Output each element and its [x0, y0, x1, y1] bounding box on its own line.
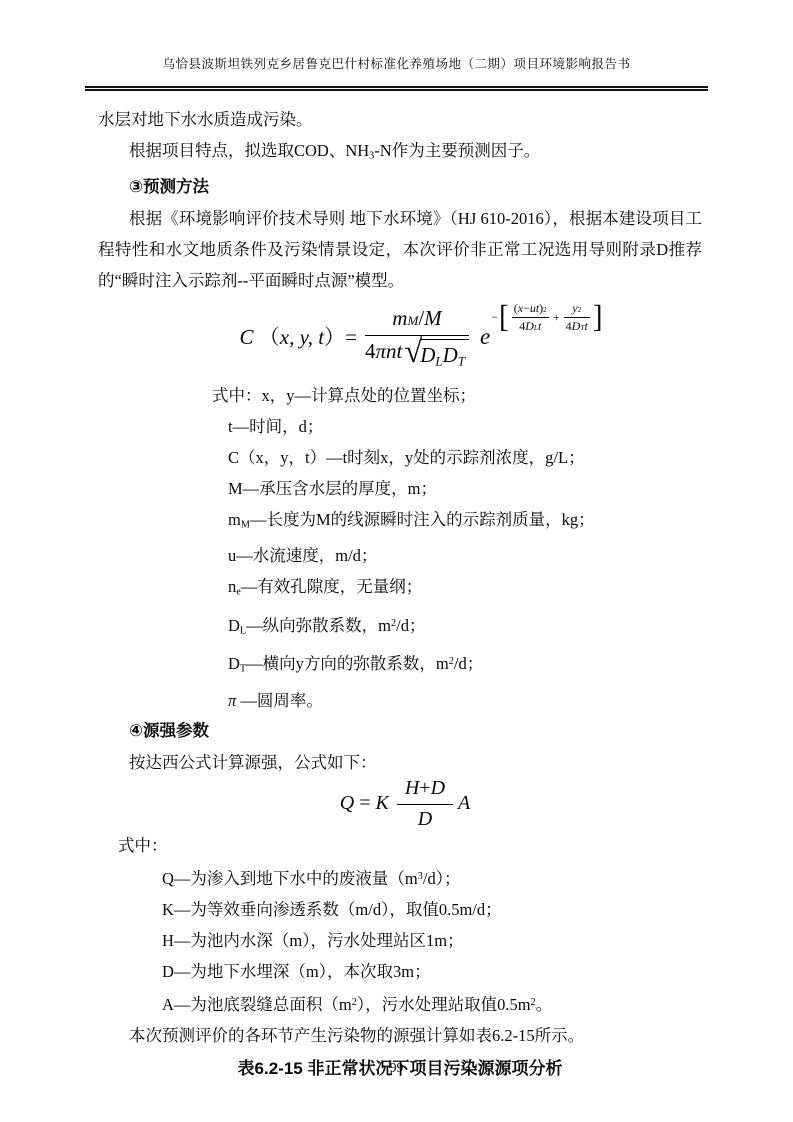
paragraph-darcy-intro: 按达西公式计算源强，公式如下： — [98, 747, 702, 778]
fraction-denominator: 4πnt √ DLDT — [365, 338, 469, 369]
exponent: − [ (x−ut)2 4DLt + y2 4DTt ] — [491, 301, 602, 334]
formula-expression: C （x, y, t）= mM / M 4πnt √ DLDT e − — [240, 306, 603, 368]
fraction-numerator: (x−ut)2 — [512, 301, 549, 316]
paragraph-prediction-factors: 根据项目特点，拟选取COD、NH3-N作为主要预测因子。 — [98, 135, 702, 172]
formula-lhs: C （x, y, t）= — [240, 325, 357, 349]
euler-e: e — [480, 324, 490, 350]
def-item-mM: mM—长度为M的线源瞬时注入的示踪剂质量，kg； — [98, 504, 702, 541]
formula-expression: Q = K H + D D A — [340, 777, 470, 831]
header-divider-bottom-line — [85, 89, 708, 91]
exponent-fraction-2: y2 4DTt — [564, 301, 590, 334]
main-fraction: H + D D — [397, 777, 453, 831]
paragraph-method-basis: 根据《环境影响评价技术导则 地下水环境》（HJ 610-2016），根据本建设项… — [98, 203, 702, 296]
heading-source-parameters: ④源强参数 — [98, 716, 702, 747]
denominator-coefficient: 4πnt — [365, 339, 402, 363]
def-item-A: A—为池底裂缝总面积（m2），污水处理站取值0.5m2。 — [98, 987, 702, 1020]
definitions-list-2-label: 式中： — [98, 830, 702, 861]
fraction-bar — [397, 804, 453, 805]
left-bracket: [ — [499, 304, 509, 331]
formula-darcy: Q = K H + D D A — [98, 778, 702, 830]
document-page: 乌恰县波斯坦铁列克乡居鲁克巴什村标准化养殖场地（二期）项目环境影响报告书 水层对… — [0, 0, 793, 1122]
def-item-H: H—为池内水深（m），污水处理站区1m； — [98, 925, 702, 956]
def-item-t: t—时间，d； — [98, 411, 702, 442]
def-item-Q: Q—为渗入到地下水中的废液量（m3/d）； — [98, 861, 702, 894]
heading-prediction-method: ③预测方法 — [98, 172, 702, 203]
def-item-u: u—水流速度，m/d； — [98, 540, 702, 571]
square-root: √ DLDT — [404, 339, 469, 369]
fraction-bar — [564, 317, 590, 318]
def-item-C: C（x，y，t）—t时刻x，y处的示踪剂浓度，g/L； — [98, 442, 702, 473]
paragraph-continuation: 水层对地下水水质造成污染。 — [98, 104, 702, 135]
header-divider — [85, 86, 708, 91]
fraction-numerator: H + D — [397, 777, 453, 801]
fraction-denominator: 4DTt — [564, 319, 590, 334]
main-fraction: mM / M 4πnt √ DLDT — [365, 306, 469, 368]
formula-tracer-model: C （x, y, t）= mM / M 4πnt √ DLDT e − — [98, 296, 702, 380]
formula-rhs: A — [458, 792, 470, 815]
exponent-minus-sign: − — [491, 311, 498, 325]
fraction-denominator: D — [418, 807, 432, 831]
document-body: 水层对地下水水质造成污染。 根据项目特点，拟选取COD、NH3-N作为主要预测因… — [98, 104, 702, 1084]
exponent-fraction-1: (x−ut)2 4DLt — [512, 301, 549, 334]
definitions-list-1-label: 式中：x，y—计算点处的位置坐标； — [98, 380, 702, 411]
def-item-DL: DL—纵向弥散系数，m2/d； — [98, 608, 702, 647]
paragraph-summary: 本次预测评价的各环节产生污染物的源强计算如表6.2-15所示。 — [98, 1020, 702, 1051]
def-item-DT: DT—横向y方向的弥散系数，m2/d； — [98, 646, 702, 685]
page-number: 99 — [0, 1060, 793, 1076]
page-header-title: 乌恰县波斯坦铁列克乡居鲁克巴什村标准化养殖场地（二期）项目环境影响报告书 — [0, 56, 793, 72]
right-bracket: ] — [593, 304, 603, 331]
fraction-bar — [512, 317, 549, 318]
formula-lhs: Q = K — [340, 792, 389, 815]
fraction-denominator: 4DLt — [517, 319, 543, 334]
fraction-numerator: mM / M — [384, 306, 449, 331]
def-item-pi: π —圆周率。 — [98, 685, 702, 716]
def-item-M: M—承压含水层的厚度，m； — [98, 473, 702, 504]
plus-sign: + — [553, 311, 560, 325]
def-item-K: K—为等效垂向渗透系数（m/d），取值0.5m/d； — [98, 894, 702, 925]
def-item-D: D—为地下水埋深（m），本次取3m； — [98, 956, 702, 987]
fraction-numerator: y2 — [570, 301, 583, 316]
radicand: DLDT — [420, 339, 469, 369]
def-item-ne: ne—有效孔隙度，无量纲； — [98, 571, 702, 608]
